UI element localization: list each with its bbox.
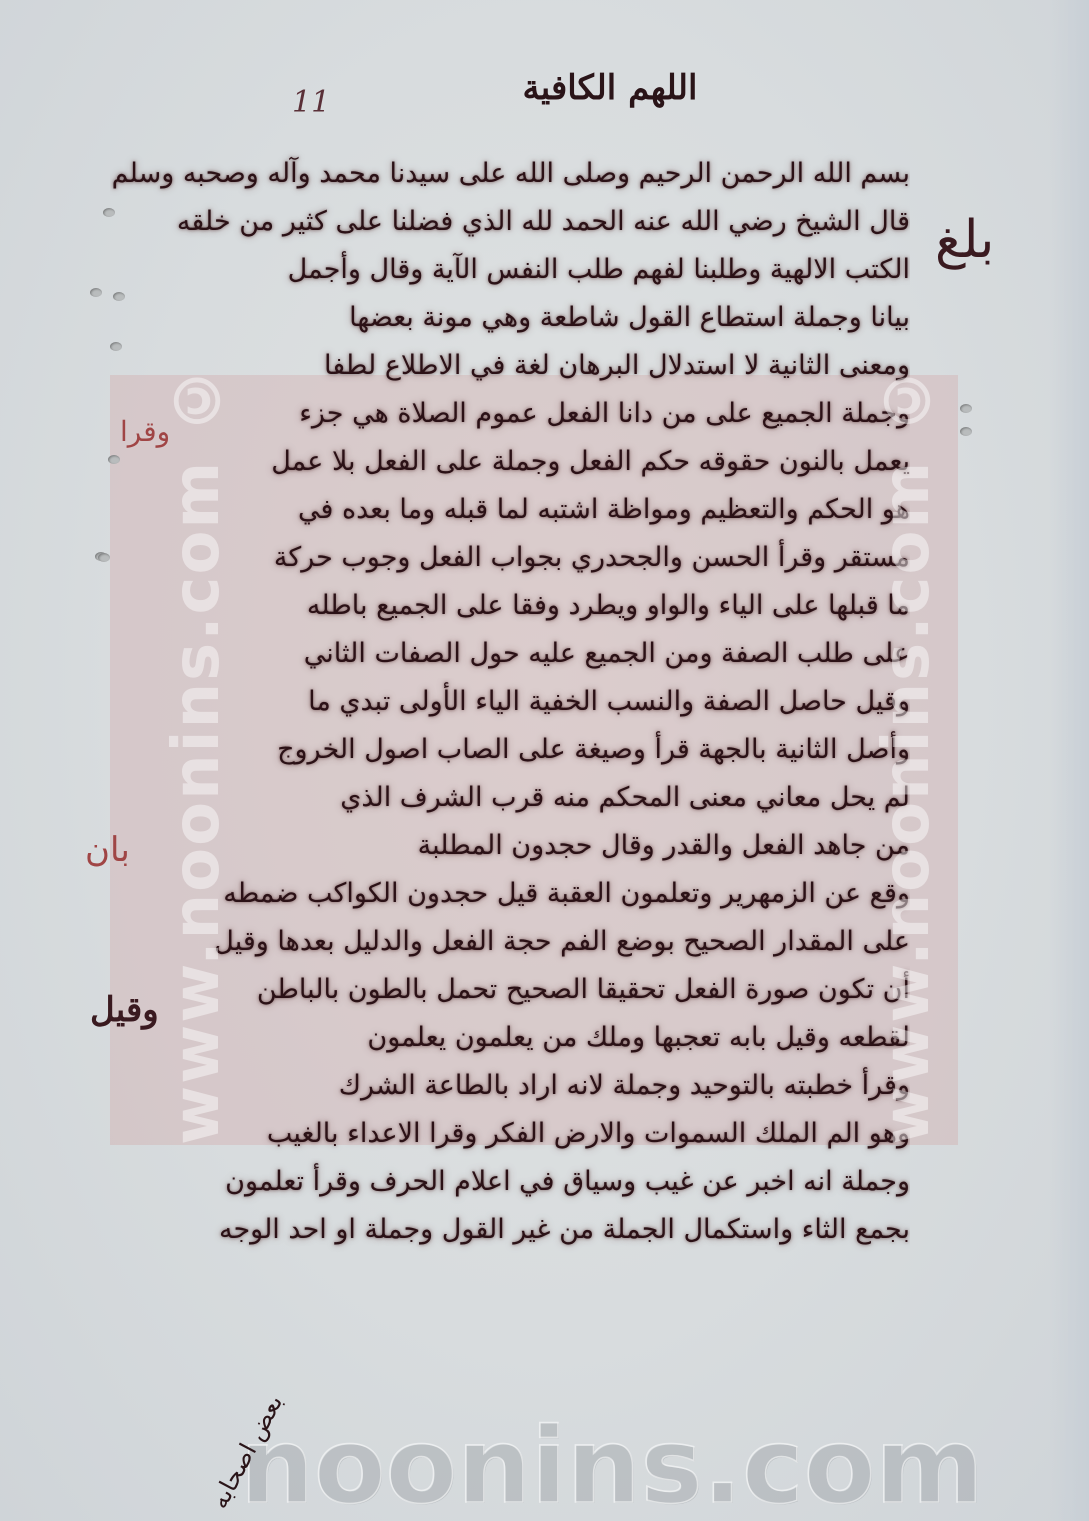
margin-note-left-bottom: وقيل xyxy=(90,990,159,1030)
binding-hole xyxy=(113,292,125,301)
binding-hole xyxy=(108,455,120,464)
binding-hole xyxy=(960,427,972,436)
binding-hole xyxy=(110,342,122,351)
watermark-vertical-right: www.noonins.com © xyxy=(870,385,944,1145)
watermark-bottom: noonins.com xyxy=(240,1405,984,1521)
page-edge-shadow xyxy=(1049,0,1089,1521)
text-line: وجملة انه اخبر عن غيب وسياق في اعلام الح… xyxy=(110,1158,910,1206)
binding-hole xyxy=(90,288,102,297)
margin-note-right-top: بلغ xyxy=(935,210,994,270)
binding-hole xyxy=(960,404,972,413)
text-line: قال الشيخ رضي الله عنه الحمد لله الذي فض… xyxy=(110,198,910,246)
text-line: بجمع الثاء واستكمال الجملة من غير القول … xyxy=(110,1206,910,1254)
manuscript-page: اللهم الكافية 11 بسم الله الرحمن الرحيم … xyxy=(0,0,1089,1521)
text-line: الكتب الالهية وطلبنا لفهم طلب النفس الآي… xyxy=(110,246,910,294)
header-title: اللهم الكافية xyxy=(480,68,740,108)
watermark-vertical-left: www.noonins.com © xyxy=(160,385,234,1145)
text-line: بسم الله الرحمن الرحيم وصلى الله على سيد… xyxy=(110,150,910,198)
binding-hole xyxy=(103,208,115,217)
folio-number: 11 xyxy=(292,85,330,120)
binding-hole xyxy=(98,553,110,562)
text-line: بيانا وجملة استطاع القول شاطعة وهي مونة … xyxy=(110,294,910,342)
margin-note-red: بان xyxy=(85,830,130,870)
